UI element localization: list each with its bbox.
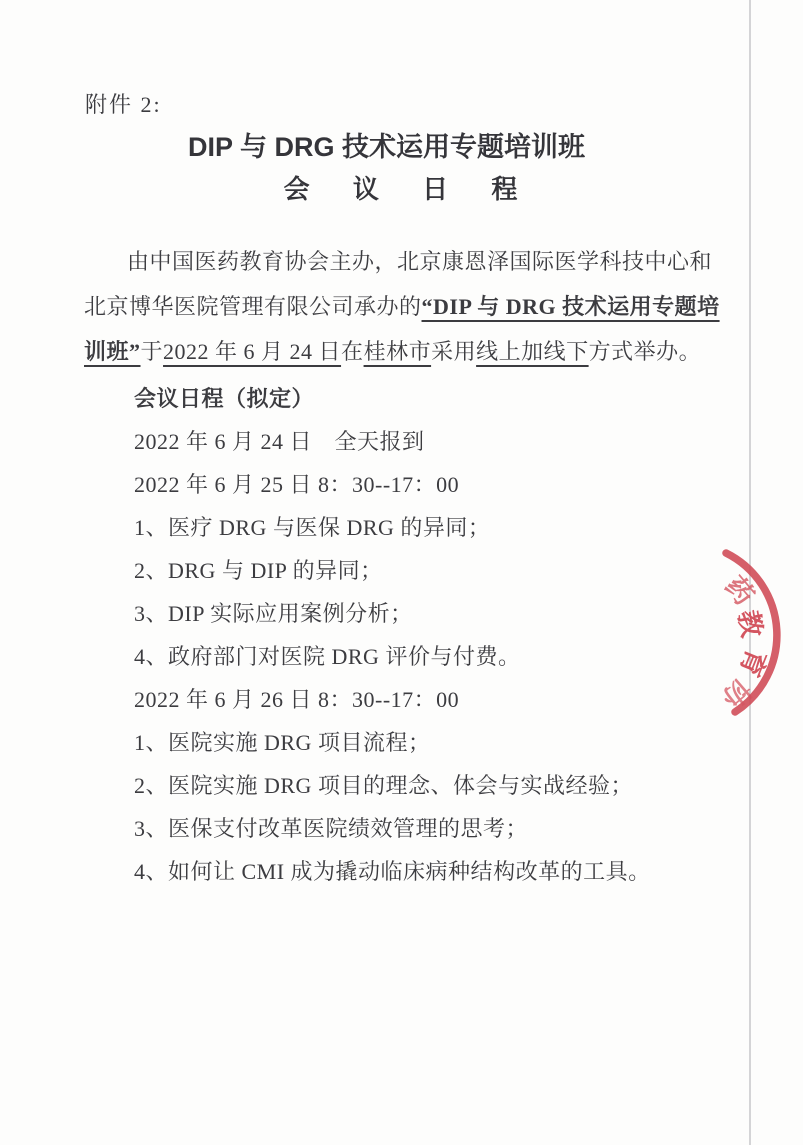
date-underlined: 2022 年 6 月 24 日 xyxy=(163,339,341,364)
agenda-line: 1、医院实施 DRG 项目流程； xyxy=(134,721,651,764)
intro-line-2: 北京博华医院管理有限公司承办的“DIP 与 DRG 技术运用专题培 xyxy=(84,284,744,329)
document-title: DIP 与 DRG 技术运用专题培训班 xyxy=(0,125,788,164)
agenda-line: 4、如何让 CMI 成为撬动临床病种结构改革的工具。 xyxy=(134,850,651,893)
course-name-underlined: “DIP 与 DRG 技术运用专题培 xyxy=(422,294,720,319)
course-name-underlined: 训班” xyxy=(84,339,141,364)
document-subtitle: 会 议 日 程 xyxy=(8,169,803,206)
agenda-line: 2022 年 6 月 24 日 全天报到 xyxy=(134,420,651,463)
agenda-line: 2022 年 6 月 26 日 8：30--17：00 xyxy=(134,678,651,721)
seal-char: 育 xyxy=(734,645,773,682)
agenda-line: 2、医院实施 DRG 项目的理念、体会与实战经验； xyxy=(134,764,651,807)
mode-underlined: 线上加线下 xyxy=(476,339,589,364)
agenda-line: 3、DIP 实际应用案例分析； xyxy=(134,592,651,635)
agenda-section: 会议日程（拟定） 2022 年 6 月 24 日 全天报到 2022 年 6 月… xyxy=(134,377,651,893)
red-seal-icon: 药 教 育 协 xyxy=(688,538,803,728)
intro-paragraph: 由中国医药教育协会主办，北京康恩泽国际医学科技中心和 北京博华医院管理有限公司承… xyxy=(84,239,744,374)
intro-line-1: 由中国医药教育协会主办，北京康恩泽国际医学科技中心和 xyxy=(84,239,744,284)
document-page: 附件 2: DIP 与 DRG 技术运用专题培训班 会 议 日 程 由中国医药教… xyxy=(0,0,803,1145)
agenda-line: 3、医保支付改革医院绩效管理的思考； xyxy=(134,807,651,850)
agenda-heading: 会议日程（拟定） xyxy=(134,377,651,420)
city-underlined: 桂林市 xyxy=(364,339,432,364)
intro-line-3: 训班”于2022 年 6 月 24 日在桂林市采用线上加线下方式举办。 xyxy=(84,329,744,374)
agenda-line: 4、政府部门对医院 DRG 评价与付费。 xyxy=(134,635,651,678)
seal-arc xyxy=(726,553,777,712)
agenda-line: 2022 年 6 月 25 日 8：30--17：00 xyxy=(134,463,651,506)
attachment-label: 附件 2: xyxy=(85,88,162,119)
seal-char: 药 xyxy=(719,571,759,611)
agenda-line: 1、医疗 DRG 与医保 DRG 的异同； xyxy=(134,506,651,549)
agenda-line: 2、DRG 与 DIP 的异同； xyxy=(134,549,651,592)
